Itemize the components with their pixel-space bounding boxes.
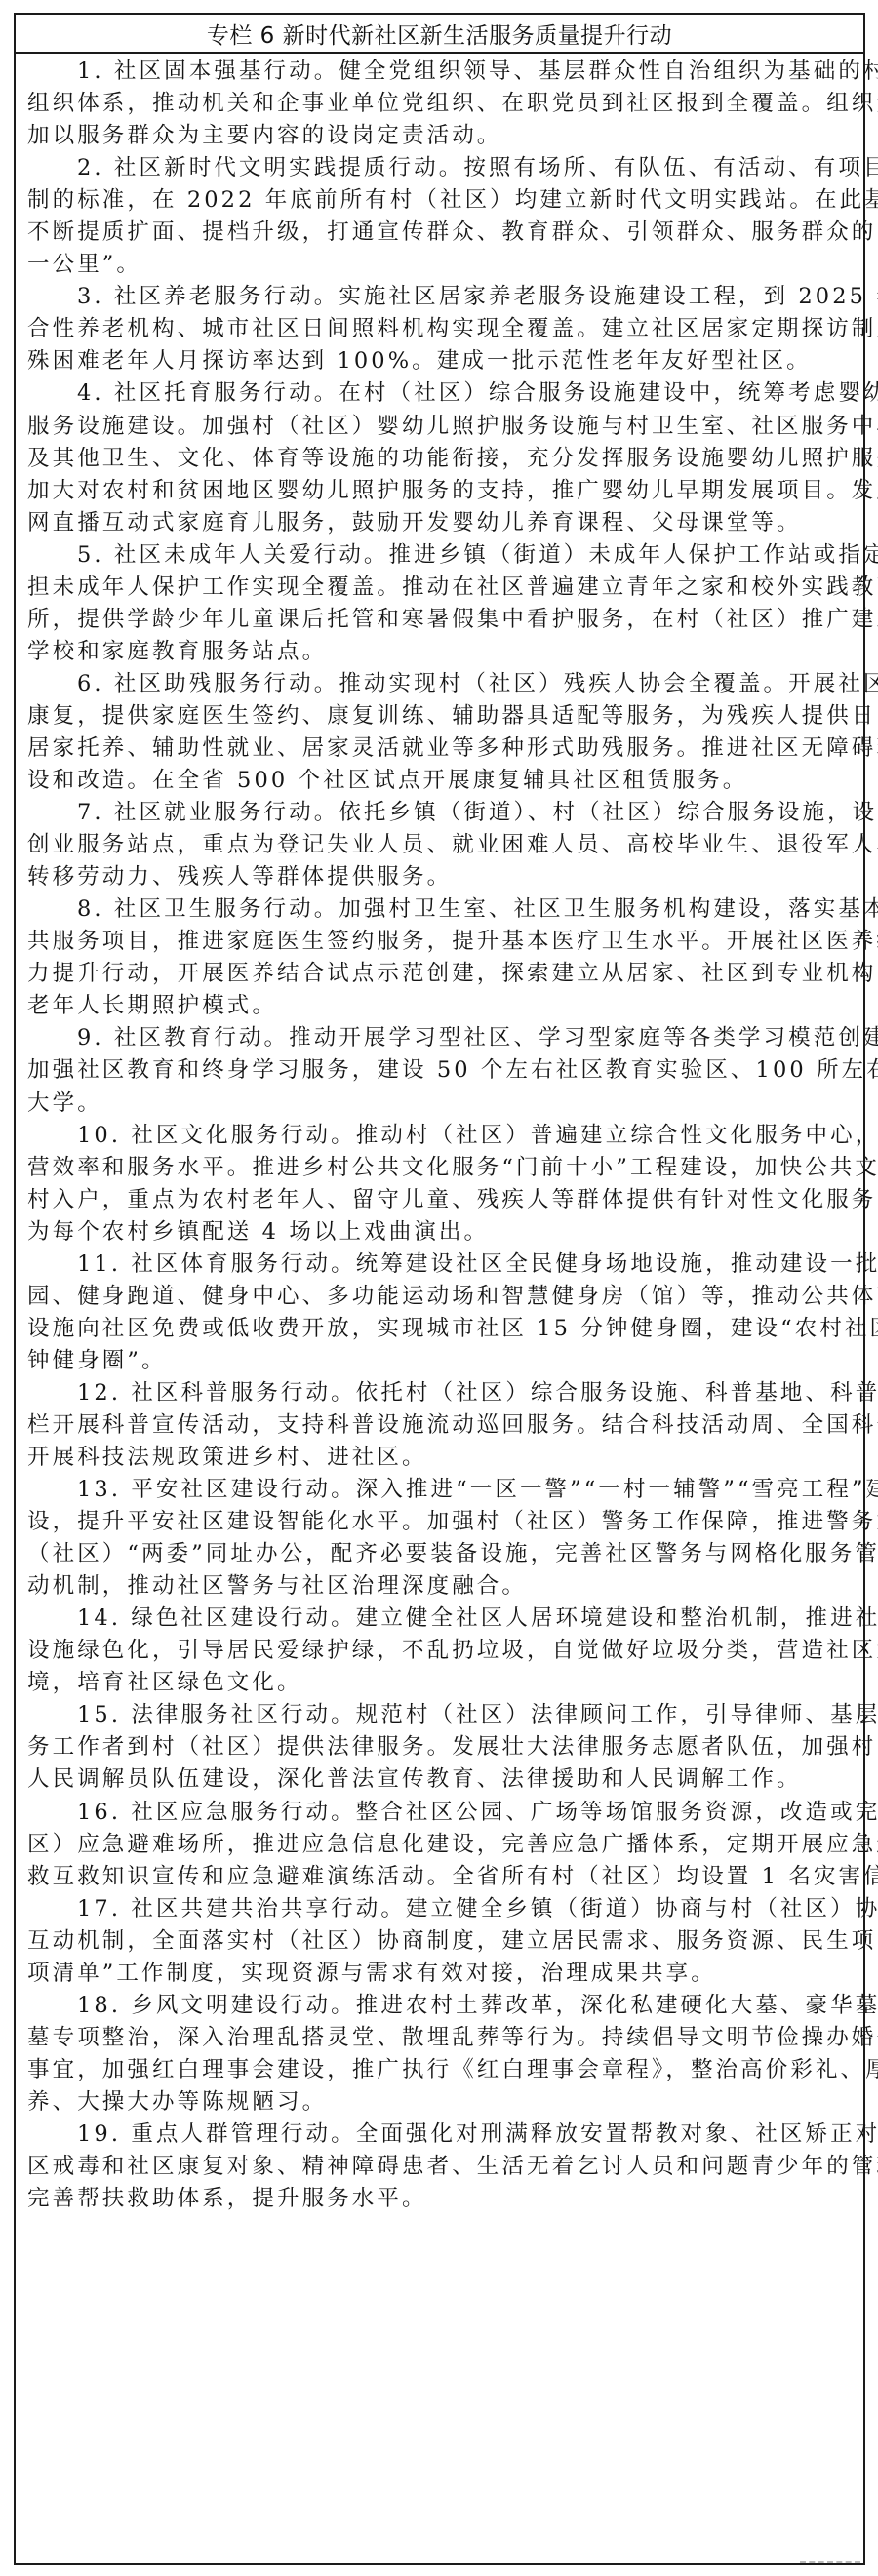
action-item-text-line: 人民调解员队伍建设，深化普法宣传教育、法律援助和人民调解工作。	[27, 1764, 863, 1796]
action-item-text-line: 动机制，推动社区警务与社区治理深度融合。	[27, 1570, 863, 1603]
action-item-16: 16. 社区应急服务行动。整合社区公园、广场等场馆服务资源，改造或完善村（社区）…	[27, 1797, 863, 1893]
action-item-text-line: 所，提供学龄少年儿童课后托管和寒暑假集中看护服务，在村（社区）推广建立家长	[27, 604, 863, 636]
action-item-text-line: 服务设施建设。加强村（社区）婴幼儿照护服务设施与村卫生室、社区服务中心（站）	[27, 411, 863, 443]
action-item-8: 8. 社区卫生服务行动。加强村卫生室、社区卫生服务机构建设，落实基本卫生公共服务…	[27, 893, 863, 1022]
action-item-text-line: 设和改造。在全省 500 个社区试点开展康复辅具社区租赁服务。	[27, 765, 863, 797]
action-item-11: 11. 社区体育服务行动。统筹建设社区全民健身场地设施，推动建设一批社区公园、健…	[27, 1248, 863, 1377]
action-item-3: 3. 社区养老服务行动。实施社区居家养老服务设施建设工程，到 2025 年街道综…	[27, 281, 863, 377]
action-item-text-line: 及其他卫生、文化、体育等设施的功能衔接，充分发挥服务设施婴幼儿照护服务功能。	[27, 443, 863, 475]
action-item-text-line: 担未成年人保护工作实现全覆盖。推动在社区普遍建立青年之家和校外实践教育场	[27, 572, 863, 604]
action-item-heading-line: 17. 社区共建共治共享行动。建立健全乡镇（街道）协商与村（社区）协商衔接	[27, 1893, 863, 1925]
action-item-2: 2. 社区新时代文明实践提质行动。按照有场所、有队伍、有活动、有项目、有机制的标…	[27, 152, 863, 281]
action-item-heading-line: 14. 绿色社区建设行动。建立健全社区人居环境建设和整治机制，推进社区基础	[27, 1603, 863, 1635]
action-item-14: 14. 绿色社区建设行动。建立健全社区人居环境建设和整治机制，推进社区基础设施绿…	[27, 1603, 863, 1699]
action-item-text-line: 老年人长期照护模式。	[27, 990, 863, 1022]
action-item-text-line: 学校和家庭教育服务站点。	[27, 636, 863, 668]
action-item-text-line: 组织体系，推动机关和企事业单位党组织、在职党员到社区报到全覆盖。组织党员参	[27, 88, 863, 120]
action-item-text-line: 转移劳动力、残疾人等群体提供服务。	[27, 861, 863, 893]
action-item-heading-line: 11. 社区体育服务行动。统筹建设社区全民健身场地设施，推动建设一批社区公	[27, 1248, 863, 1281]
action-item-text-line: 加强社区教育和终身学习服务，建设 50 个左右社区教育实验区、100 所左右优质…	[27, 1054, 863, 1087]
action-item-text-line: 力提升行动，开展医养结合试点示范创建，探索建立从居家、社区到专业机构的失能	[27, 958, 863, 990]
action-item-heading-line: 16. 社区应急服务行动。整合社区公园、广场等场馆服务资源，改造或完善村（社	[27, 1797, 863, 1829]
action-item-heading-line: 10. 社区文化服务行动。推动村（社区）普遍建立综合性文化服务中心，提高运	[27, 1120, 863, 1152]
action-item-text-line: 救互救知识宣传和应急避难演练活动。全省所有村（社区）均设置 1 名灾害信息员。	[27, 1861, 863, 1893]
watermark-mark	[800, 2561, 860, 2567]
action-item-text-line: 康复，提供家庭医生签约、康复训练、辅助器具适配等服务，为残疾人提供日间照料、	[27, 700, 863, 733]
action-item-text-line: 加大对农村和贫困地区婴幼儿照护服务的支持，推广婴幼儿早期发展项目。发展互联	[27, 475, 863, 507]
action-item-text-line: 不断提质扩面、提档升级，打通宣传群众、教育群众、引领群众、服务群众的“最后	[27, 217, 863, 249]
action-item-18: 18. 乡风文明建设行动。推进农村土葬改革，深化私建硬化大墓、豪华墓、活人墓专项…	[27, 1990, 863, 2119]
action-item-7: 7. 社区就业服务行动。依托乡镇（街道）、村（社区）综合服务设施，设立就业创业服…	[27, 797, 863, 893]
action-item-text-line: 境，培育社区绿色文化。	[27, 1667, 863, 1699]
action-item-text-line: 钟健身圈”。	[27, 1345, 863, 1377]
action-item-text-line: 居家托养、辅助性就业、居家灵活就业等多种形式助残服务。推进社区无障碍环境建	[27, 733, 863, 765]
action-item-19: 19. 重点人群管理行动。全面强化对刑满释放安置帮教对象、社区矫正对象、社区戒毒…	[27, 2119, 863, 2215]
action-item-text-line: 开展科技法规政策进乡村、进社区。	[27, 1442, 863, 1474]
action-item-10: 10. 社区文化服务行动。推动村（社区）普遍建立综合性文化服务中心，提高运营效率…	[27, 1120, 863, 1248]
action-item-text-line: 完善帮扶救助体系，提升服务水平。	[27, 2183, 863, 2215]
action-item-heading-line: 8. 社区卫生服务行动。加强村卫生室、社区卫生服务机构建设，落实基本卫生公	[27, 893, 863, 926]
action-item-text-line: 项清单”工作制度，实现资源与需求有效对接，治理成果共享。	[27, 1958, 863, 1990]
action-item-heading-line: 4. 社区托育服务行动。在村（社区）综合服务设施建设中，统筹考虑婴幼儿照护	[27, 377, 863, 410]
action-item-heading-line: 1. 社区固本强基行动。健全党组织领导、基层群众性自治组织为基础的村（社区）	[27, 56, 863, 88]
action-item-text-line: 园、健身跑道、健身中心、多功能运动场和智慧健身房（馆）等，推动公共体育场馆	[27, 1281, 863, 1313]
action-item-heading-line: 18. 乡风文明建设行动。推进农村土葬改革，深化私建硬化大墓、豪华墓、活人	[27, 1990, 863, 2022]
action-item-heading-line: 9. 社区教育行动。推动开展学习型社区、学习型家庭等各类学习模范创建活动。	[27, 1022, 863, 1054]
action-item-text-line: 为每个农村乡镇配送 4 场以上戏曲演出。	[27, 1216, 863, 1248]
action-item-text-line: 大学。	[27, 1088, 863, 1120]
action-item-13: 13. 平安社区建设行动。深入推进“一区一警”“一村一辅警”“雪亮工程”建设，提…	[27, 1474, 863, 1603]
action-item-heading-line: 7. 社区就业服务行动。依托乡镇（街道）、村（社区）综合服务设施，设立就业	[27, 797, 863, 829]
action-item-5: 5. 社区未成年人关爱行动。推进乡镇（街道）未成年人保护工作站或指定专人承担未成…	[27, 539, 863, 668]
action-item-text-line: 区戒毒和社区康复对象、精神障碍患者、生活无着乞讨人员和问题青少年的管理服务，	[27, 2151, 863, 2183]
action-item-text-line: 设施向社区免费或低收费开放，实现城市社区 15 分钟健身圈，建设“农村社区 30…	[27, 1313, 863, 1345]
action-item-text-line: 加以服务群众为主要内容的设岗定责活动。	[27, 120, 863, 152]
action-item-6: 6. 社区助残服务行动。推动实现村（社区）残疾人协会全覆盖。开展社区残疾人康复，…	[27, 668, 863, 797]
action-item-text-line: 区）应急避难场所，推进应急信息化建设，完善应急广播体系，定期开展应急避险自	[27, 1829, 863, 1861]
action-item-heading-line: 15. 法律服务社区行动。规范村（社区）法律顾问工作，引导律师、基层法律服	[27, 1699, 863, 1731]
action-item-text-line: 互动机制，全面落实村（社区）协商制度，建立居民需求、服务资源、民生项目“三	[27, 1925, 863, 1958]
action-item-text-line: 养、大操大办等陈规陋习。	[27, 2086, 863, 2119]
action-item-text-line: 共服务项目，推进家庭医生签约服务，提升基本医疗卫生水平。开展社区医养结合能	[27, 926, 863, 958]
action-item-text-line: 网直播互动式家庭育儿服务，鼓励开发婴幼儿养育课程、父母课堂等。	[27, 507, 863, 539]
action-item-text-line: 栏开展科普宣传活动，支持科普设施流动巡回服务。结合科技活动周、全国科普日，	[27, 1409, 863, 1442]
column-content: 1. 社区固本强基行动。健全党组织领导、基层群众性自治组织为基础的村（社区）组织…	[16, 54, 863, 2215]
action-item-text-line: 创业服务站点，重点为登记失业人员、就业困难人员、高校毕业生、退役军人、农村	[27, 829, 863, 861]
action-item-text-line: 制的标准，在 2022 年底前所有村（社区）均建立新时代文明实践站。在此基础上，	[27, 184, 863, 217]
action-item-9: 9. 社区教育行动。推动开展学习型社区、学习型家庭等各类学习模范创建活动。加强社…	[27, 1022, 863, 1119]
action-item-text-line: 营效率和服务水平。推进乡村公共文化服务“门前十小”工程建设，加快公共文化进	[27, 1152, 863, 1184]
action-item-heading-line: 5. 社区未成年人关爱行动。推进乡镇（街道）未成年人保护工作站或指定专人承	[27, 539, 863, 572]
action-item-12: 12. 社区科普服务行动。依托村（社区）综合服务设施、科普基地、科普宣传专栏开展…	[27, 1377, 863, 1474]
column-title: 专栏 6 新时代新社区新生活服务质量提升行动	[16, 15, 863, 54]
action-item-text-line: 务工作者到村（社区）提供法律服务。发展壮大法律服务志愿者队伍，加强村（社区）	[27, 1731, 863, 1764]
action-item-heading-line: 3. 社区养老服务行动。实施社区居家养老服务设施建设工程，到 2025 年街道综	[27, 281, 863, 313]
action-item-text-line: 设施绿色化，引导居民爱绿护绿，不乱扔垃圾，自觉做好垃圾分类，营造社区宜居环	[27, 1635, 863, 1667]
action-item-text-line: 事宜，加强红白理事会建设，推广执行《红白理事会章程》，整治高价彩礼、厚葬薄	[27, 2054, 863, 2086]
action-item-1: 1. 社区固本强基行动。健全党组织领导、基层群众性自治组织为基础的村（社区）组织…	[27, 56, 863, 152]
action-item-text-line: 殊困难老年人月探访率达到 100%。建成一批示范性老年友好型社区。	[27, 345, 863, 377]
action-item-heading-line: 19. 重点人群管理行动。全面强化对刑满释放安置帮教对象、社区矫正对象、社	[27, 2119, 863, 2151]
action-item-text-line: （社区）“两委”同址办公，配齐必要装备设施，完善社区警务与网格化服务管理联	[27, 1538, 863, 1570]
action-item-4: 4. 社区托育服务行动。在村（社区）综合服务设施建设中，统筹考虑婴幼儿照护服务设…	[27, 377, 863, 538]
action-item-heading-line: 2. 社区新时代文明实践提质行动。按照有场所、有队伍、有活动、有项目、有机	[27, 152, 863, 184]
action-item-heading-line: 13. 平安社区建设行动。深入推进“一区一警”“一村一辅警”“雪亮工程”建	[27, 1474, 863, 1506]
action-item-heading-line: 6. 社区助残服务行动。推动实现村（社区）残疾人协会全覆盖。开展社区残疾人	[27, 668, 863, 700]
action-item-text-line: 墓专项整治，深入治理乱搭灵堂、散埋乱葬等行为。持续倡导文明节俭操办婚丧喜庆	[27, 2022, 863, 2054]
action-item-17: 17. 社区共建共治共享行动。建立健全乡镇（街道）协商与村（社区）协商衔接互动机…	[27, 1893, 863, 1990]
action-item-text-line: 设，提升平安社区建设智能化水平。加强村（社区）警务工作保障，推进警务室与村	[27, 1506, 863, 1538]
special-column-box: 专栏 6 新时代新社区新生活服务质量提升行动 1. 社区固本强基行动。健全党组织…	[14, 13, 865, 2565]
action-item-text-line: 一公里”。	[27, 249, 863, 281]
action-item-heading-line: 12. 社区科普服务行动。依托村（社区）综合服务设施、科普基地、科普宣传专	[27, 1377, 863, 1409]
action-item-text-line: 村入户，重点为农村老年人、留守儿童、残疾人等群体提供有针对性文化服务，每年	[27, 1184, 863, 1216]
action-item-text-line: 合性养老机构、城市社区日间照料机构实现全覆盖。建立社区居家定期探访制度，特	[27, 313, 863, 345]
action-item-15: 15. 法律服务社区行动。规范村（社区）法律顾问工作，引导律师、基层法律服务工作…	[27, 1699, 863, 1796]
